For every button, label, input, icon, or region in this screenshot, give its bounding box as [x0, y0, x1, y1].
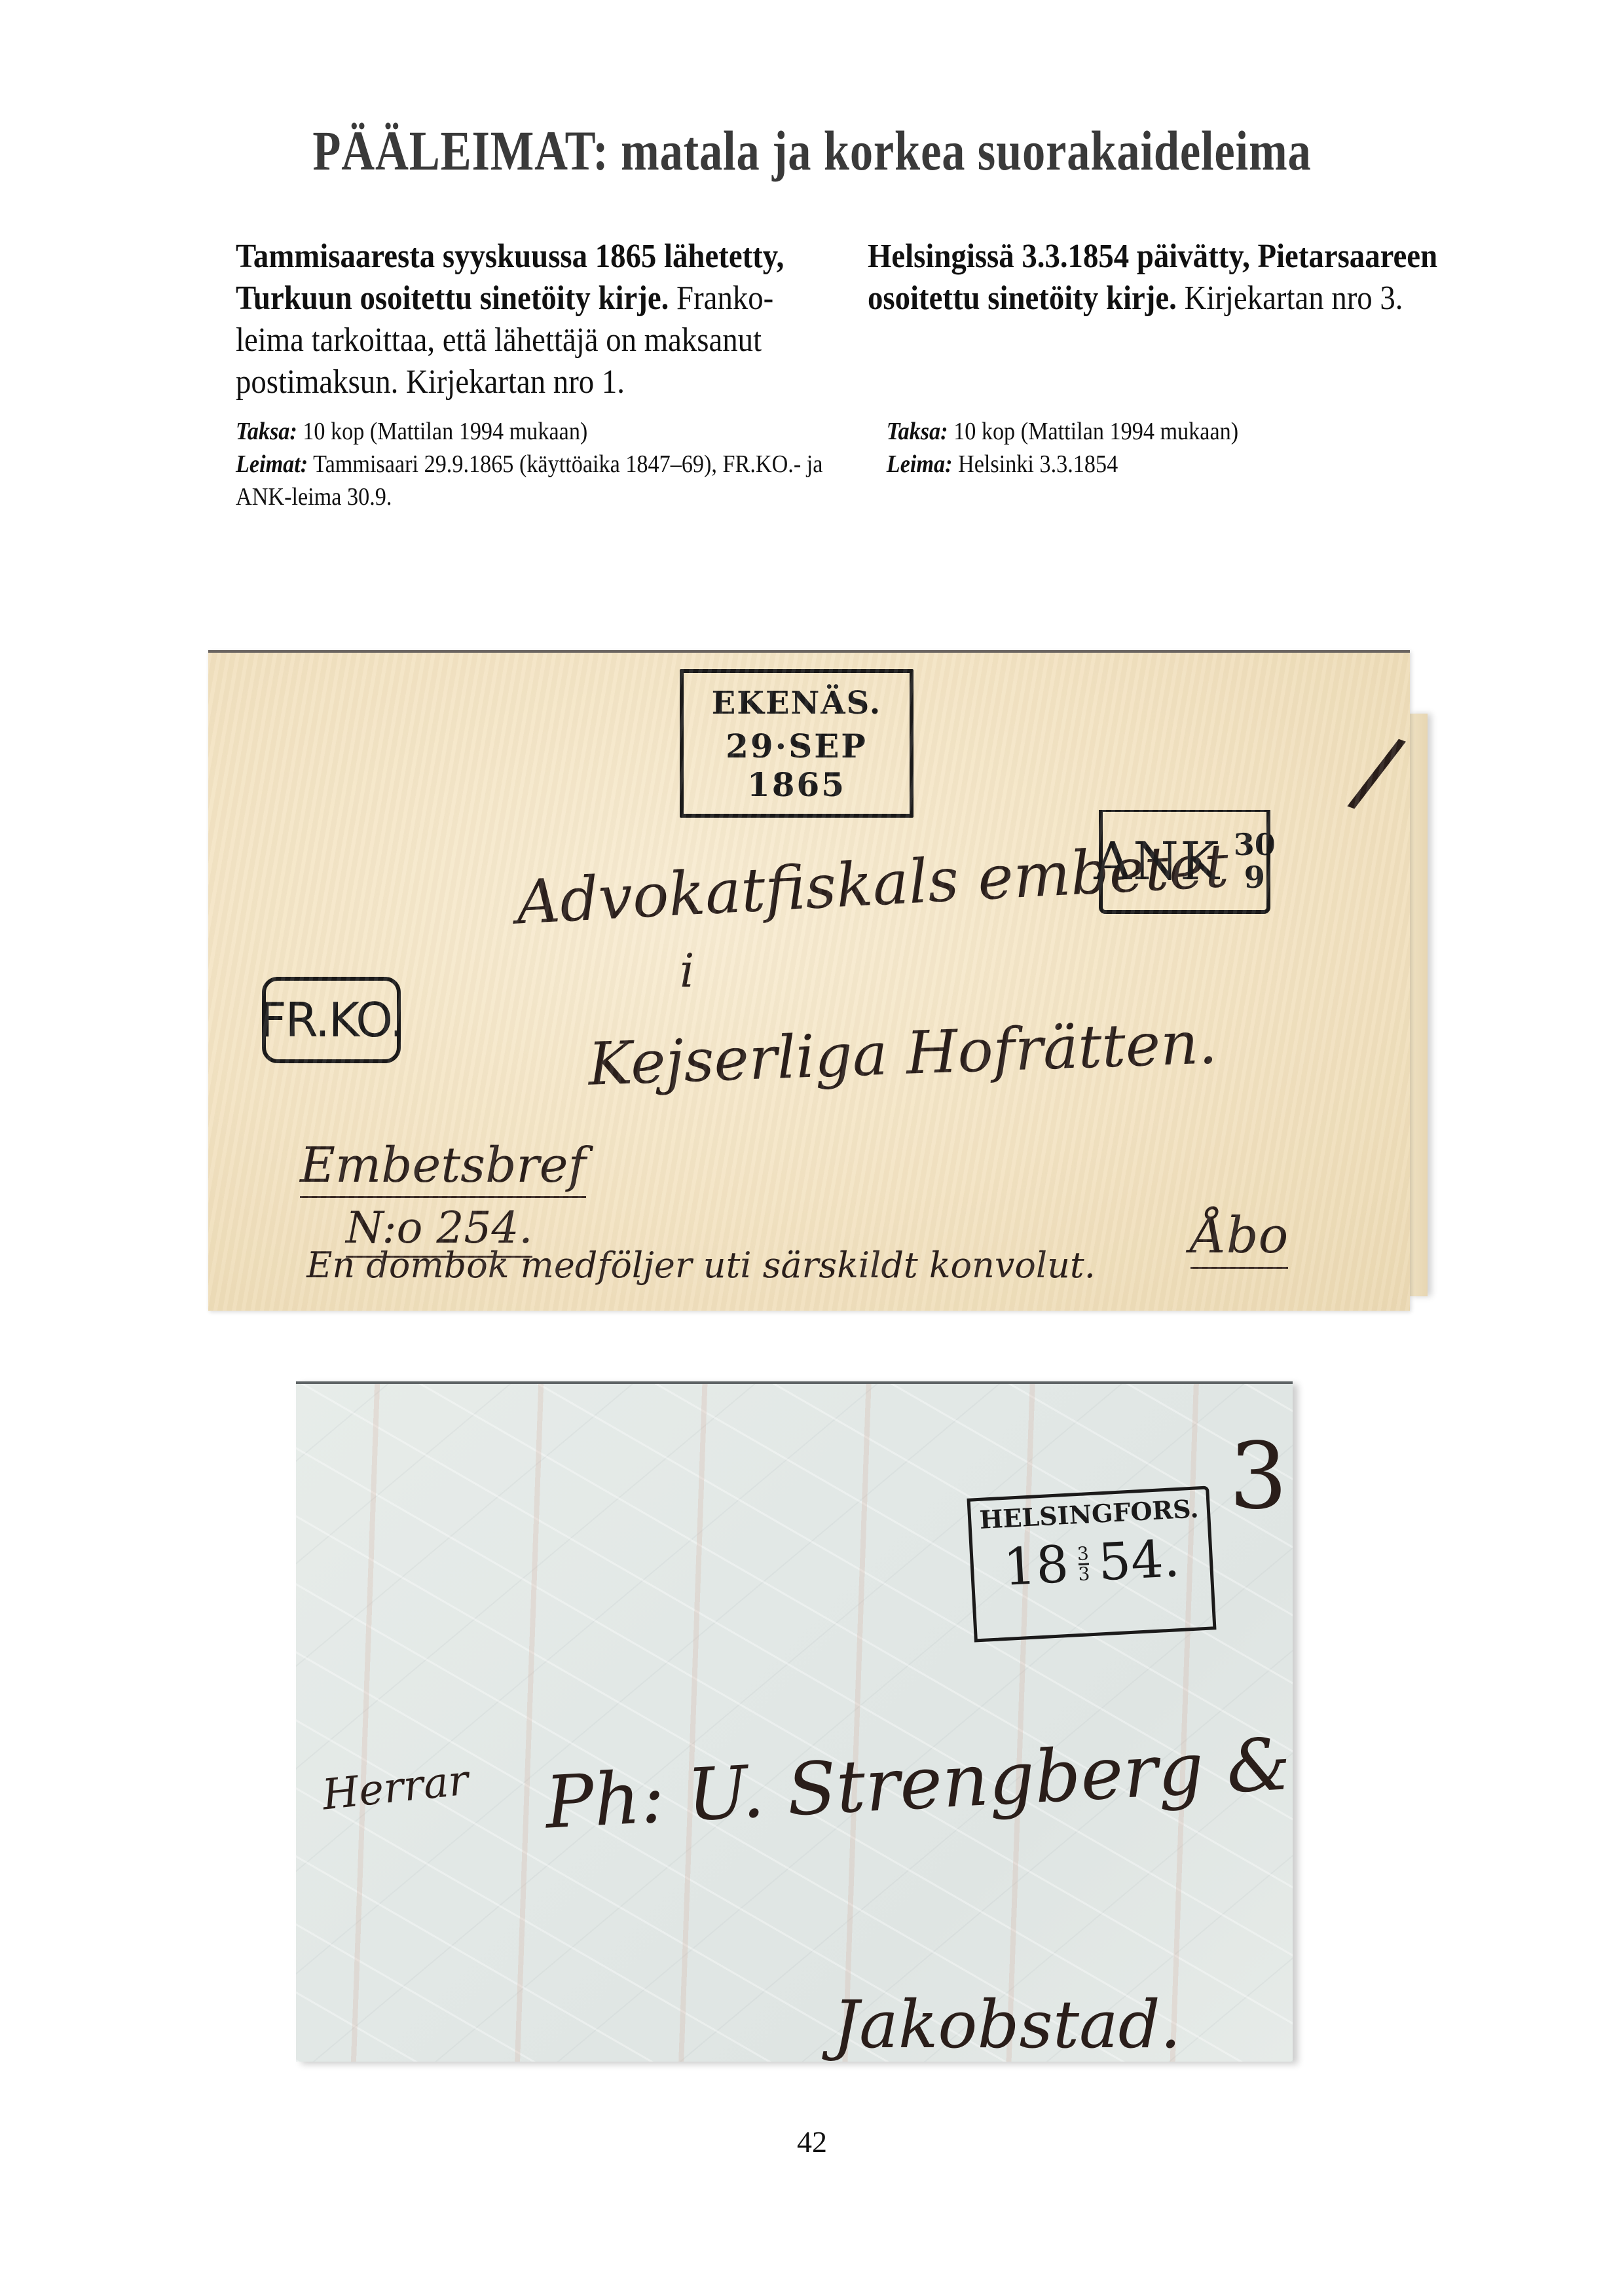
day-month-fraction: 3 3	[1077, 1544, 1090, 1584]
manuscript-rate-mark: /	[1342, 713, 1410, 831]
postmark-date: 18 3 3 54.	[972, 1528, 1211, 1599]
taksa-value: 10 kop (Mattilan 1994 mukaan)	[948, 418, 1239, 445]
leima-label: Leima:	[887, 450, 953, 478]
helsingfors-postmark: HELSINGFORS. 18 3 3 54.	[967, 1485, 1216, 1642]
taksa-label: Taksa:	[887, 418, 948, 445]
postmark-town: HELSINGFORS.	[970, 1493, 1208, 1535]
postmark-day: 3	[1077, 1544, 1089, 1563]
leimat-label: Leimat:	[236, 450, 308, 478]
year-left: 18	[1002, 1535, 1070, 1597]
ank-date: 30 9	[1234, 828, 1276, 894]
postmark-town: EKENÄS.	[684, 685, 910, 721]
destination-jakobstad: Jakobstad.	[833, 1986, 1181, 2062]
ank-day: 30	[1234, 828, 1276, 861]
ank-month: 9	[1234, 861, 1276, 894]
right-taksa: Taksa: 10 kop (Mattilan 1994 mukaan)	[887, 415, 1476, 448]
ekenas-postmark: EKENÄS. 29·SEP 1865	[680, 669, 913, 818]
right-description-regular: Kirjekartan nro 3.	[1177, 280, 1403, 317]
page-number: 42	[0, 2124, 1624, 2159]
postmark-month: 3	[1078, 1565, 1090, 1584]
note-number: N:o 254.	[346, 1203, 532, 1258]
note-embetsbref: Embetsbref	[300, 1137, 586, 1198]
frko-franco-stamp: FR.KO.	[262, 977, 401, 1063]
note-enclosure: En dombok medföljer uti särskildt konvol…	[306, 1245, 1096, 1286]
addressee: Ph: U. Strengberg & C:o	[544, 1714, 1293, 1844]
leimat-value: Tammisaari 29.9.1865 (käyttöaika 1847–69…	[236, 450, 822, 511]
left-description: Tammisaaresta syyskuussa 1865 lähetetty,…	[236, 236, 825, 403]
envelope-2-image: HELSINGFORS. 18 3 3 54. 3 Herrar Ph: U. …	[296, 1381, 1293, 2062]
address-line-2: i	[680, 944, 694, 998]
address-line-1: Advokatfiskals embetet	[515, 831, 1230, 938]
salutation: Herrar	[320, 1757, 471, 1820]
left-leimat: Leimat: Tammisaari 29.9.1865 (käyttöaika…	[236, 448, 825, 513]
page-title: PÄÄLEIMAT: matala ja korkea suorakaidele…	[146, 118, 1478, 183]
manuscript-rate-mark: 3	[1229, 1423, 1287, 1530]
taksa-value: 10 kop (Mattilan 1994 mukaan)	[297, 418, 588, 445]
ank-text: ANK	[1094, 831, 1221, 892]
right-caption: Helsingissä 3.3.1854 päivätty, Pietarsaa…	[868, 236, 1457, 481]
frko-text: FR.KO.	[259, 993, 403, 1048]
year-right: 54.	[1097, 1529, 1181, 1592]
envelope-1-image: EKENÄS. 29·SEP 1865 / Advokatfiskals emb…	[208, 650, 1410, 1311]
left-taksa: Taksa: 10 kop (Mattilan 1994 mukaan)	[236, 415, 825, 448]
right-description: Helsingissä 3.3.1854 päivätty, Pietarsaa…	[868, 236, 1457, 319]
postmark-date: 29·SEP 1865	[684, 727, 910, 804]
leima-value: Helsinki 3.3.1854	[952, 450, 1118, 478]
taksa-label: Taksa:	[236, 418, 297, 445]
left-caption: Tammisaaresta syyskuussa 1865 lähetetty,…	[236, 236, 825, 513]
right-leima: Leima: Helsinki 3.3.1854	[887, 448, 1476, 481]
right-meta: Taksa: 10 kop (Mattilan 1994 mukaan) Lei…	[868, 415, 1476, 481]
left-meta: Taksa: 10 kop (Mattilan 1994 mukaan) Lei…	[236, 415, 825, 513]
address-line-3: Kejserliga Hofrätten.	[587, 1008, 1218, 1099]
envelope-1-back-fold	[1408, 714, 1428, 1296]
destination-abo: Åbo	[1190, 1206, 1288, 1269]
ank-arrival-stamp: ANK 30 9	[1099, 810, 1270, 914]
